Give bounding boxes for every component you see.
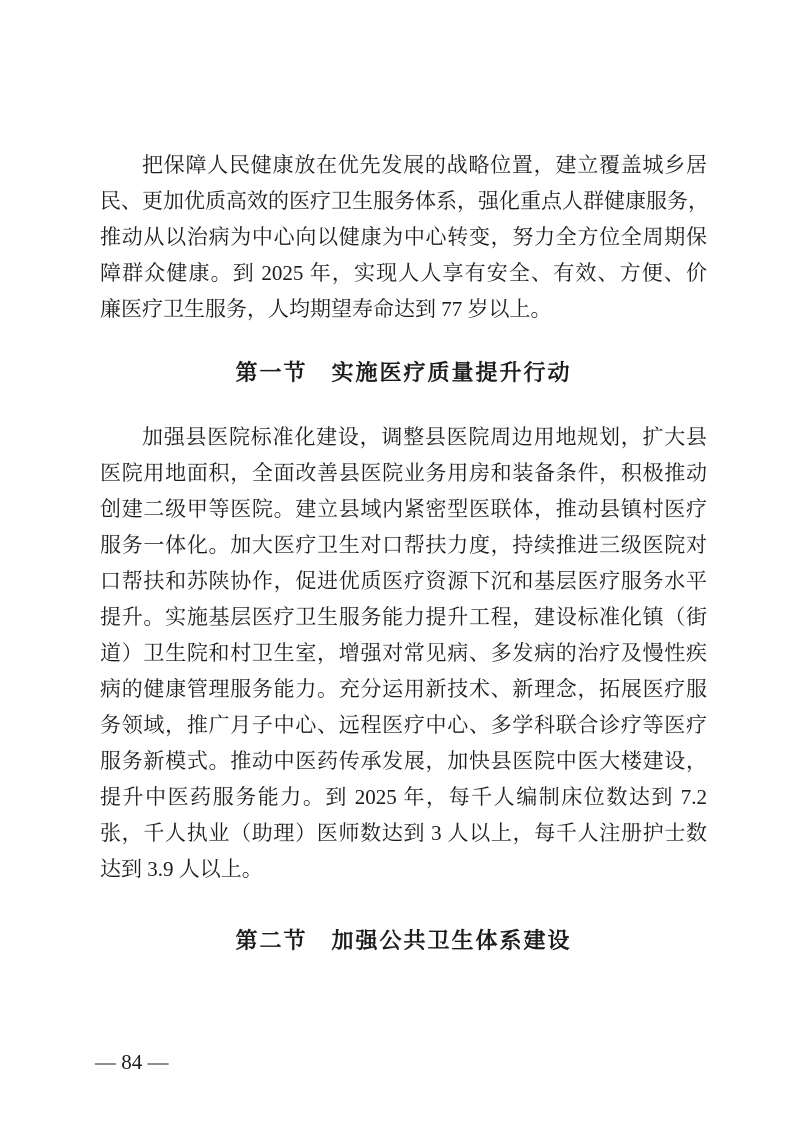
document-page: 把保障人民健康放在优先发展的战略位置，建立覆盖城乡居民、更加优质高效的医疗卫生服… <box>0 0 793 1122</box>
page-number: — 84 — <box>95 1048 169 1076</box>
text-line: 推动从以治病为中心向以健康为中心转变，努力全方位全周期保 <box>100 219 707 255</box>
text-line: 达到 3.9 人以上。 <box>100 851 707 887</box>
intro-paragraph: 把保障人民健康放在优先发展的战略位置，建立覆盖城乡居民、更加优质高效的医疗卫生服… <box>100 147 707 327</box>
section-heading-2: 第二节 加强公共卫生体系建设 <box>100 923 707 959</box>
section-1-paragraph: 加强县医院标准化建设，调整县医院周边用地规划，扩大县医院用地面积，全面改善县医院… <box>100 419 707 887</box>
text-line: 加强县医院标准化建设，调整县医院周边用地规划，扩大县 <box>100 419 707 455</box>
text-line: 把保障人民健康放在优先发展的战略位置，建立覆盖城乡居 <box>100 147 707 183</box>
text-line: 障群众健康。到 2025 年，实现人人享有安全、有效、方便、价 <box>100 255 707 291</box>
text-line: 医院用地面积，全面改善县医院业务用房和装备条件，积极推动 <box>100 455 707 491</box>
text-line: 民、更加优质高效的医疗卫生服务体系，强化重点人群健康服务， <box>100 183 707 219</box>
text-line: 张，千人执业（助理）医师数达到 3 人以上，每千人注册护士数 <box>100 815 707 851</box>
text-line: 提升。实施基层医疗卫生服务能力提升工程，建设标准化镇（街 <box>100 599 707 635</box>
text-line: 口帮扶和苏陕协作，促进优质医疗资源下沉和基层医疗服务水平 <box>100 563 707 599</box>
text-line: 服务一体化。加大医疗卫生对口帮扶力度，持续推进三级医院对 <box>100 527 707 563</box>
text-line: 廉医疗卫生服务，人均期望寿命达到 77 岁以上。 <box>100 291 707 327</box>
text-line: 道）卫生院和村卫生室，增强对常见病、多发病的治疗及慢性疾 <box>100 635 707 671</box>
section-heading-1: 第一节 实施医疗质量提升行动 <box>100 355 707 391</box>
text-line: 创建二级甲等医院。建立县域内紧密型医联体，推动县镇村医疗 <box>100 491 707 527</box>
text-line: 服务新模式。推动中医药传承发展，加快县医院中医大楼建设， <box>100 743 707 779</box>
text-line: 提升中医药服务能力。到 2025 年，每千人编制床位数达到 7.2 <box>100 779 707 815</box>
text-line: 病的健康管理服务能力。充分运用新技术、新理念，拓展医疗服 <box>100 671 707 707</box>
text-line: 务领域，推广月子中心、远程医疗中心、多学科联合诊疗等医疗 <box>100 707 707 743</box>
